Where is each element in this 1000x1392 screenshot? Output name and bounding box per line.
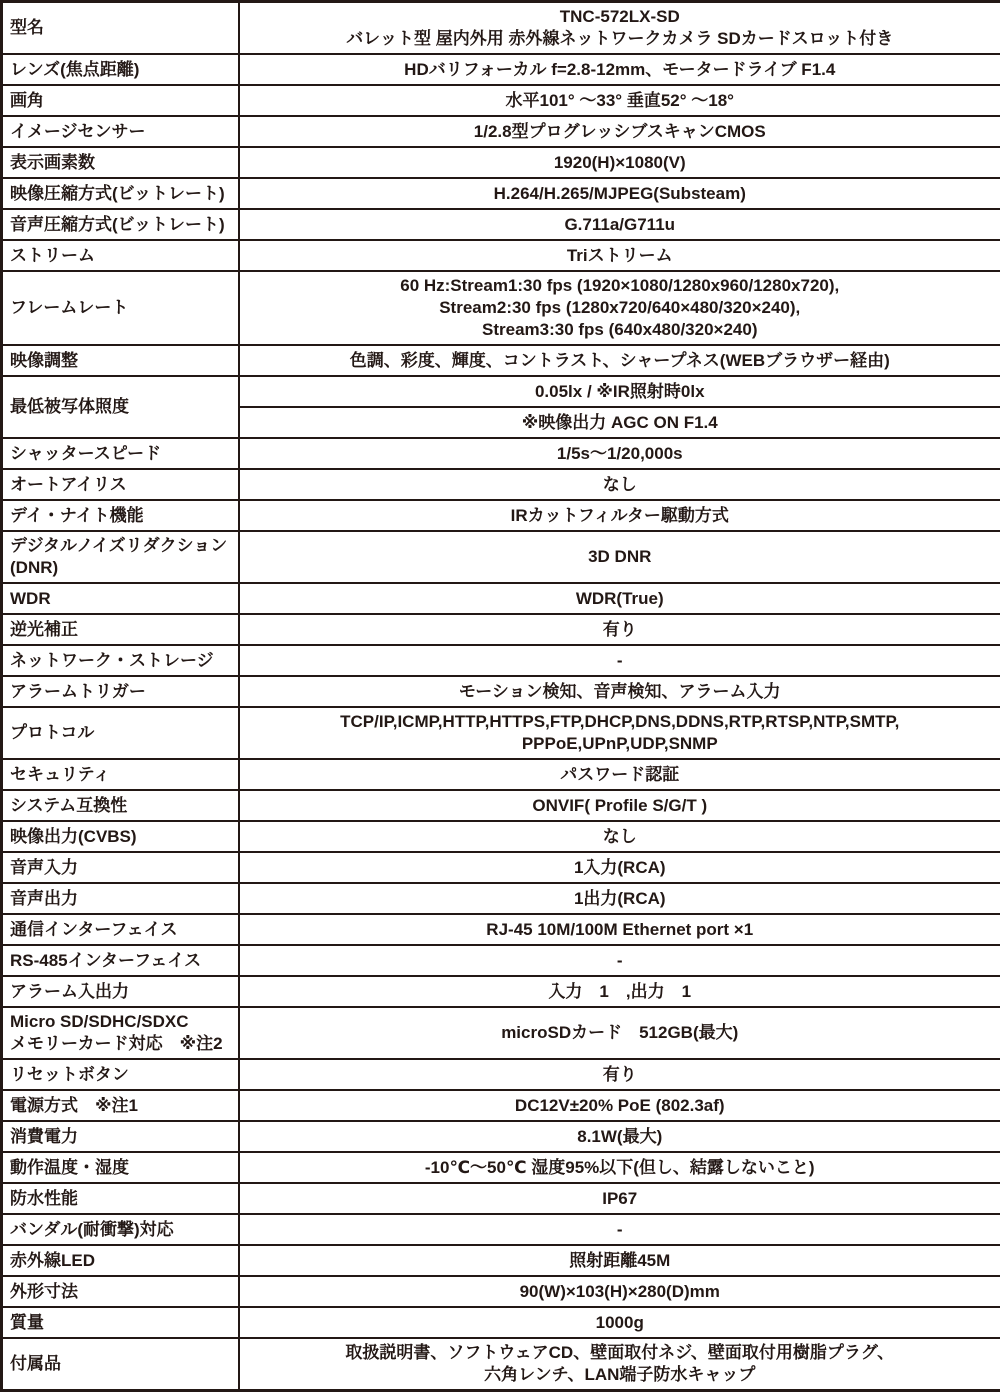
spec-value: DC12V±20% PoE (802.3af) — [239, 1090, 1000, 1121]
spec-label: オートアイリス — [2, 469, 239, 500]
spec-value: RJ-45 10M/100M Ethernet port ×1 — [239, 914, 1000, 945]
spec-value: 1/5s～1/20,000s — [239, 438, 1000, 469]
spec-label: 表示画素数 — [2, 147, 239, 178]
spec-label: 画角 — [2, 85, 239, 116]
spec-value: G.711a/G711u — [239, 209, 1000, 240]
spec-value: 色調、彩度、輝度、コントラスト、シャープネス(WEBブラウザー経由) — [239, 345, 1000, 376]
spec-label: 質量 — [2, 1307, 239, 1338]
spec-row: 最低被写体照度0.05lx / ※IR照射時0lx — [2, 376, 1000, 407]
spec-label: イメージセンサー — [2, 116, 239, 147]
spec-row: シャッタースピード1/5s～1/20,000s — [2, 438, 1000, 469]
spec-row: 質量1000g — [2, 1307, 1000, 1338]
spec-row: バンダル(耐衝撃)対応- — [2, 1214, 1000, 1245]
spec-value: 1000g — [239, 1307, 1000, 1338]
spec-label: 映像調整 — [2, 345, 239, 376]
spec-row: 動作温度・湿度-10℃～50℃ 湿度95%以下(但し、結露しないこと) — [2, 1152, 1000, 1183]
spec-label: 外形寸法 — [2, 1276, 239, 1307]
spec-label: 最低被写体照度 — [2, 376, 239, 438]
spec-value: HDバリフォーカル f=2.8-12mm、モータードライブ F1.4 — [239, 54, 1000, 85]
spec-value: Triストリーム — [239, 240, 1000, 271]
spec-value: 1入力(RCA) — [239, 852, 1000, 883]
spec-label: 消費電力 — [2, 1121, 239, 1152]
spec-row: 映像出力(CVBS)なし — [2, 821, 1000, 852]
spec-row: ネットワーク・ストレージ- — [2, 645, 1000, 676]
spec-label: 逆光補正 — [2, 614, 239, 645]
spec-value: 0.05lx / ※IR照射時0lx — [239, 376, 1000, 407]
spec-label: シャッタースピード — [2, 438, 239, 469]
spec-label: アラーム入出力 — [2, 976, 239, 1007]
spec-value: IP67 — [239, 1183, 1000, 1214]
spec-row: 消費電力8.1W(最大) — [2, 1121, 1000, 1152]
spec-label: デジタルノイズリダクション (DNR) — [2, 531, 239, 583]
spec-value: WDR(True) — [239, 583, 1000, 614]
spec-row: セキュリティパスワード認証 — [2, 759, 1000, 790]
spec-label: システム互換性 — [2, 790, 239, 821]
spec-row: イメージセンサー1/2.8型プログレッシブスキャンCMOS — [2, 116, 1000, 147]
spec-row: RS-485インターフェイス- — [2, 945, 1000, 976]
spec-row: 画角水平101° ～33° 垂直52° ～18° — [2, 85, 1000, 116]
spec-row: 音声出力1出力(RCA) — [2, 883, 1000, 914]
spec-label: 映像圧縮方式(ビットレート) — [2, 178, 239, 209]
spec-value: 1920(H)×1080(V) — [239, 147, 1000, 178]
spec-value: 取扱説明書、ソフトウェアCD、壁面取付ネジ、壁面取付用樹脂プラグ、 六角レンチ、… — [239, 1338, 1000, 1391]
spec-value: -10℃～50℃ 湿度95%以下(但し、結露しないこと) — [239, 1152, 1000, 1183]
spec-label: 音声入力 — [2, 852, 239, 883]
spec-row: 外形寸法90(W)×103(H)×280(D)mm — [2, 1276, 1000, 1307]
spec-value: 1出力(RCA) — [239, 883, 1000, 914]
spec-value: TCP/IP,ICMP,HTTP,HTTPS,FTP,DHCP,DNS,DDNS… — [239, 707, 1000, 759]
spec-table: 型名TNC-572LX-SD バレット型 屋内外用 赤外線ネットワークカメラ S… — [0, 0, 1000, 1392]
spec-value: ※映像出力 AGC ON F1.4 — [239, 407, 1000, 438]
spec-value: 入力 1 ,出力 1 — [239, 976, 1000, 1007]
spec-value: 1/2.8型プログレッシブスキャンCMOS — [239, 116, 1000, 147]
spec-value: TNC-572LX-SD バレット型 屋内外用 赤外線ネットワークカメラ SDカ… — [239, 2, 1000, 55]
spec-label: リセットボタン — [2, 1059, 239, 1090]
spec-row: 映像調整色調、彩度、輝度、コントラスト、シャープネス(WEBブラウザー経由) — [2, 345, 1000, 376]
spec-row: 音声入力1入力(RCA) — [2, 852, 1000, 883]
spec-label: バンダル(耐衝撃)対応 — [2, 1214, 239, 1245]
spec-row: 逆光補正有り — [2, 614, 1000, 645]
spec-value: 90(W)×103(H)×280(D)mm — [239, 1276, 1000, 1307]
spec-row: デジタルノイズリダクション (DNR)3D DNR — [2, 531, 1000, 583]
spec-label: 電源方式 ※注1 — [2, 1090, 239, 1121]
spec-value: - — [239, 645, 1000, 676]
spec-row: WDRWDR(True) — [2, 583, 1000, 614]
spec-label: デイ・ナイト機能 — [2, 500, 239, 531]
spec-value: 60 Hz:Stream1:30 fps (1920×1080/1280x960… — [239, 271, 1000, 345]
spec-value: 照射距離45M — [239, 1245, 1000, 1276]
spec-label: アラームトリガー — [2, 676, 239, 707]
spec-row: 映像圧縮方式(ビットレート)H.264/H.265/MJPEG(Substeam… — [2, 178, 1000, 209]
spec-label: 赤外線LED — [2, 1245, 239, 1276]
spec-value: H.264/H.265/MJPEG(Substeam) — [239, 178, 1000, 209]
spec-row: フレームレート60 Hz:Stream1:30 fps (1920×1080/1… — [2, 271, 1000, 345]
spec-row: 通信インターフェイスRJ-45 10M/100M Ethernet port ×… — [2, 914, 1000, 945]
spec-label: プロトコル — [2, 707, 239, 759]
spec-label: ネットワーク・ストレージ — [2, 645, 239, 676]
spec-label: Micro SD/SDHC/SDXC メモリーカード対応 ※注2 — [2, 1007, 239, 1059]
spec-row: 赤外線LED照射距離45M — [2, 1245, 1000, 1276]
spec-value: 水平101° ～33° 垂直52° ～18° — [239, 85, 1000, 116]
spec-row: オートアイリスなし — [2, 469, 1000, 500]
spec-row: 防水性能IP67 — [2, 1183, 1000, 1214]
spec-value: 3D DNR — [239, 531, 1000, 583]
spec-value: なし — [239, 821, 1000, 852]
spec-label: 付属品 — [2, 1338, 239, 1391]
spec-row: アラーム入出力入力 1 ,出力 1 — [2, 976, 1000, 1007]
spec-row: アラームトリガーモーション検知、音声検知、アラーム入力 — [2, 676, 1000, 707]
spec-value: ONVIF( Profile S/G/T ) — [239, 790, 1000, 821]
spec-label: 音声圧縮方式(ビットレート) — [2, 209, 239, 240]
spec-label: 防水性能 — [2, 1183, 239, 1214]
spec-label: 動作温度・湿度 — [2, 1152, 239, 1183]
spec-label: フレームレート — [2, 271, 239, 345]
spec-label: 通信インターフェイス — [2, 914, 239, 945]
spec-value: モーション検知、音声検知、アラーム入力 — [239, 676, 1000, 707]
spec-value: 有り — [239, 1059, 1000, 1090]
spec-value: microSDカード 512GB(最大) — [239, 1007, 1000, 1059]
spec-value: - — [239, 1214, 1000, 1245]
spec-row: システム互換性ONVIF( Profile S/G/T ) — [2, 790, 1000, 821]
spec-row: プロトコルTCP/IP,ICMP,HTTP,HTTPS,FTP,DHCP,DNS… — [2, 707, 1000, 759]
spec-label: WDR — [2, 583, 239, 614]
spec-row: 付属品取扱説明書、ソフトウェアCD、壁面取付ネジ、壁面取付用樹脂プラグ、 六角レ… — [2, 1338, 1000, 1391]
spec-table-body: 型名TNC-572LX-SD バレット型 屋内外用 赤外線ネットワークカメラ S… — [2, 2, 1000, 1391]
spec-row: 電源方式 ※注1DC12V±20% PoE (802.3af) — [2, 1090, 1000, 1121]
spec-value: なし — [239, 469, 1000, 500]
spec-row: ストリームTriストリーム — [2, 240, 1000, 271]
spec-value: 8.1W(最大) — [239, 1121, 1000, 1152]
spec-value: 有り — [239, 614, 1000, 645]
spec-label: RS-485インターフェイス — [2, 945, 239, 976]
spec-value: IRカットフィルター駆動方式 — [239, 500, 1000, 531]
spec-label: 音声出力 — [2, 883, 239, 914]
spec-row: Micro SD/SDHC/SDXC メモリーカード対応 ※注2microSDカ… — [2, 1007, 1000, 1059]
spec-label: 型名 — [2, 2, 239, 55]
spec-row: レンズ(焦点距離)HDバリフォーカル f=2.8-12mm、モータードライブ F… — [2, 54, 1000, 85]
spec-row: デイ・ナイト機能IRカットフィルター駆動方式 — [2, 500, 1000, 531]
spec-label: セキュリティ — [2, 759, 239, 790]
spec-sheet-page: 型名TNC-572LX-SD バレット型 屋内外用 赤外線ネットワークカメラ S… — [0, 0, 1000, 1392]
spec-row: リセットボタン有り — [2, 1059, 1000, 1090]
spec-label: ストリーム — [2, 240, 239, 271]
spec-row: 型名TNC-572LX-SD バレット型 屋内外用 赤外線ネットワークカメラ S… — [2, 2, 1000, 55]
spec-label: レンズ(焦点距離) — [2, 54, 239, 85]
spec-row: 音声圧縮方式(ビットレート)G.711a/G711u — [2, 209, 1000, 240]
spec-label: 映像出力(CVBS) — [2, 821, 239, 852]
spec-value: - — [239, 945, 1000, 976]
spec-row: 表示画素数1920(H)×1080(V) — [2, 147, 1000, 178]
spec-value: パスワード認証 — [239, 759, 1000, 790]
